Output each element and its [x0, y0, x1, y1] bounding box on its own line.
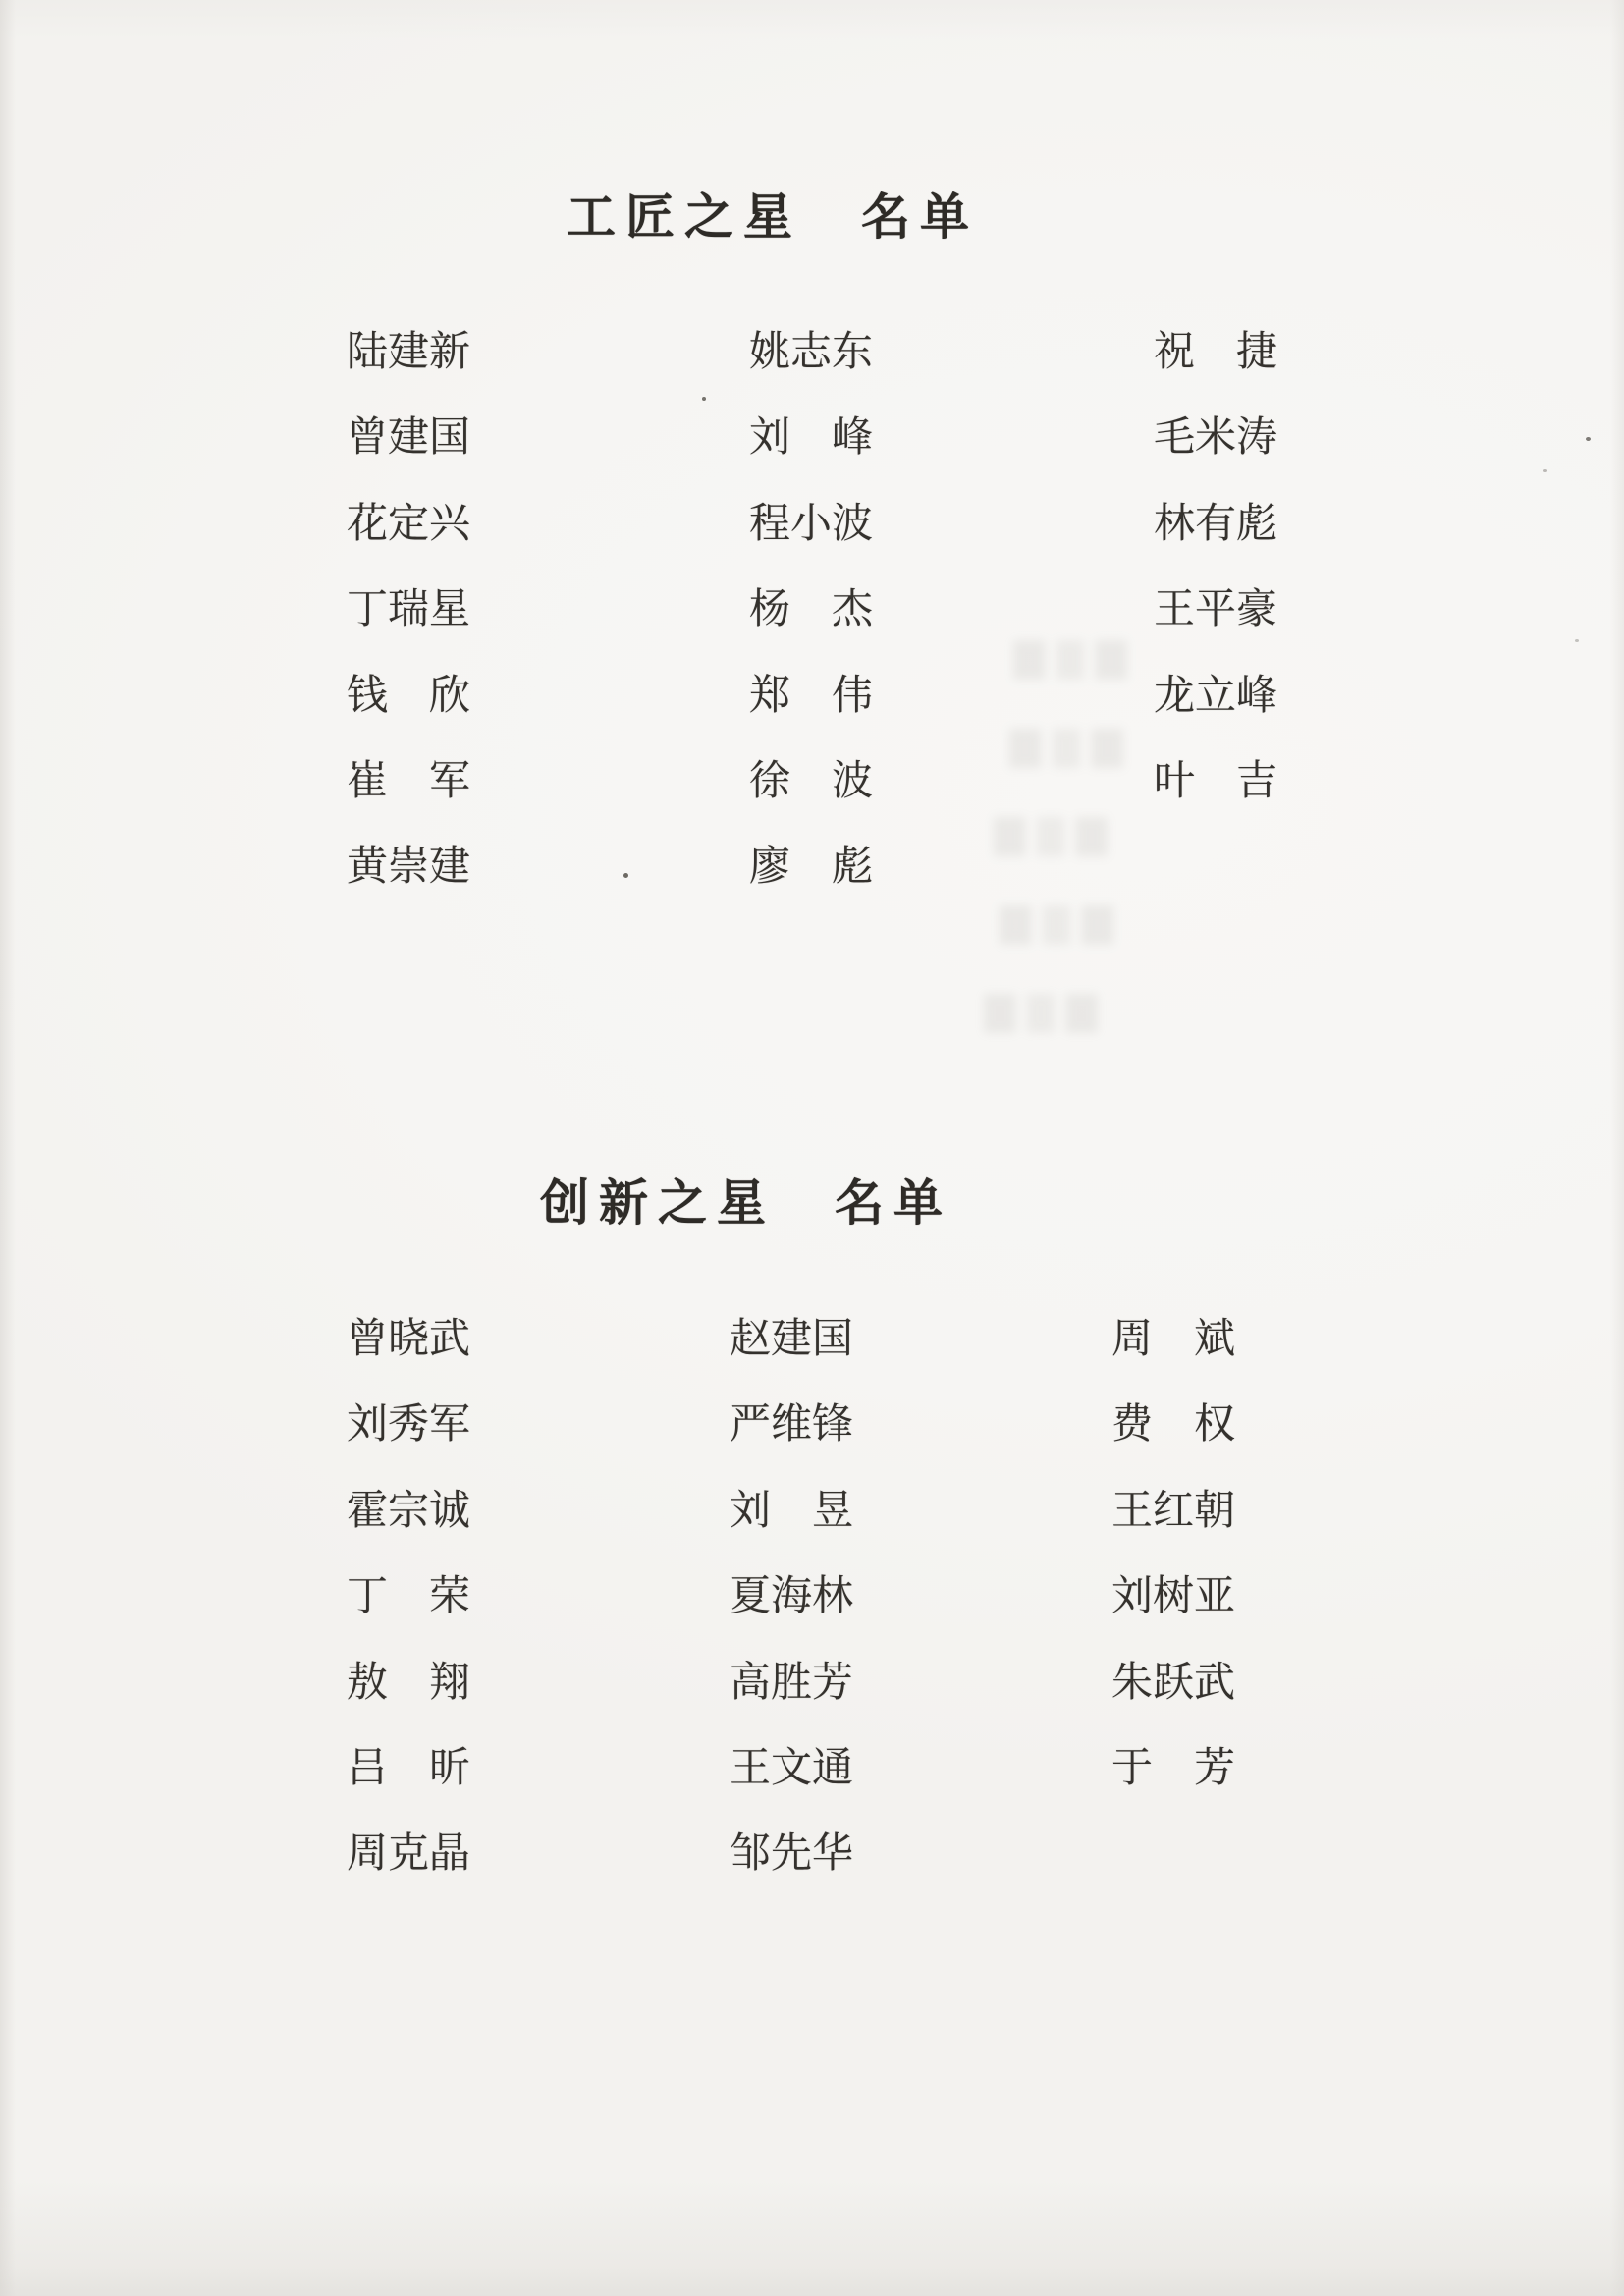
- name-item: 丁瑞星: [347, 566, 470, 651]
- bleed-through-mark: [994, 817, 1108, 856]
- name-item: 周克晶: [347, 1810, 470, 1895]
- name-item: 崔 军: [347, 738, 470, 823]
- name-item: 廖 彪: [749, 823, 873, 908]
- ink-speck: [1586, 437, 1591, 441]
- name-item: 龙立峰: [1154, 652, 1277, 738]
- page-edge-shading: [0, 2180, 1624, 2296]
- name-item: 于 芳: [1111, 1724, 1235, 1810]
- name-item: 刘 峰: [749, 394, 873, 479]
- name-item: 费 权: [1111, 1381, 1235, 1466]
- name-item: 夏海林: [730, 1553, 853, 1638]
- name-item: 王平豪: [1154, 566, 1277, 651]
- name-item: 毛米涛: [1154, 394, 1277, 479]
- name-item: 邹先华: [730, 1810, 853, 1895]
- name-item: 陆建新: [347, 308, 470, 394]
- name-item: 王红朝: [1111, 1467, 1235, 1553]
- name-item: 曾建国: [347, 394, 470, 479]
- name-item: 刘树亚: [1111, 1553, 1235, 1638]
- section-title-craftsman-star: 工匠之星 名单: [567, 192, 979, 242]
- name-item: 吕 昕: [347, 1724, 470, 1810]
- document-page: 工匠之星 名单 陆建新 曾建国 花定兴 丁瑞星 钱 欣 崔 军 黄崇建 姚志东 …: [0, 0, 1624, 2296]
- bleed-through-mark: [1013, 640, 1127, 680]
- name-item: 王文通: [730, 1724, 853, 1810]
- name-item: 程小波: [749, 480, 873, 566]
- name-item: 曾晓武: [347, 1295, 470, 1381]
- name-item: 徐 波: [749, 738, 873, 823]
- name-item: 花定兴: [347, 480, 470, 566]
- name-item: 姚志东: [749, 308, 873, 394]
- name-column: 陆建新 曾建国 花定兴 丁瑞星 钱 欣 崔 军 黄崇建: [347, 308, 470, 909]
- name-item: 霍宗诚: [347, 1467, 470, 1553]
- ink-speck: [623, 873, 628, 878]
- name-column: 祝 捷 毛米涛 林有彪 王平豪 龙立峰 叶 吉: [1154, 308, 1277, 823]
- name-column: 赵建国 严维锋 刘 昱 夏海林 高胜芳 王文通 邹先华: [730, 1295, 853, 1896]
- name-item: 敖 翔: [347, 1639, 470, 1724]
- name-item: 黄崇建: [347, 823, 470, 908]
- name-item: 杨 杰: [749, 566, 873, 651]
- bleed-through-mark: [984, 994, 1098, 1033]
- name-item: 刘秀军: [347, 1381, 470, 1466]
- ink-speck: [1575, 639, 1579, 642]
- ink-speck: [1543, 469, 1547, 472]
- name-item: 朱跃武: [1111, 1639, 1235, 1724]
- name-item: 严维锋: [730, 1381, 853, 1466]
- name-column: 周 斌 费 权 王红朝 刘树亚 朱跃武 于 芳: [1111, 1295, 1235, 1810]
- name-item: 郑 伟: [749, 652, 873, 738]
- name-item: 赵建国: [730, 1295, 853, 1381]
- name-column: 曾晓武 刘秀军 霍宗诚 丁 荣 敖 翔 吕 昕 周克晶: [347, 1295, 470, 1896]
- bleed-through-mark: [1009, 729, 1123, 768]
- name-item: 叶 吉: [1154, 738, 1277, 823]
- name-item: 刘 昱: [730, 1467, 853, 1553]
- name-item: 丁 荣: [347, 1553, 470, 1638]
- name-item: 钱 欣: [347, 652, 470, 738]
- name-item: 祝 捷: [1154, 308, 1277, 394]
- name-item: 林有彪: [1154, 480, 1277, 566]
- section-title-innovation-star: 创新之星 名单: [540, 1178, 952, 1228]
- ink-speck: [702, 397, 706, 401]
- name-item: 高胜芳: [730, 1639, 853, 1724]
- name-item: 周 斌: [1111, 1295, 1235, 1381]
- name-column: 姚志东 刘 峰 程小波 杨 杰 郑 伟 徐 波 廖 彪: [749, 308, 873, 909]
- bleed-through-mark: [1000, 905, 1113, 945]
